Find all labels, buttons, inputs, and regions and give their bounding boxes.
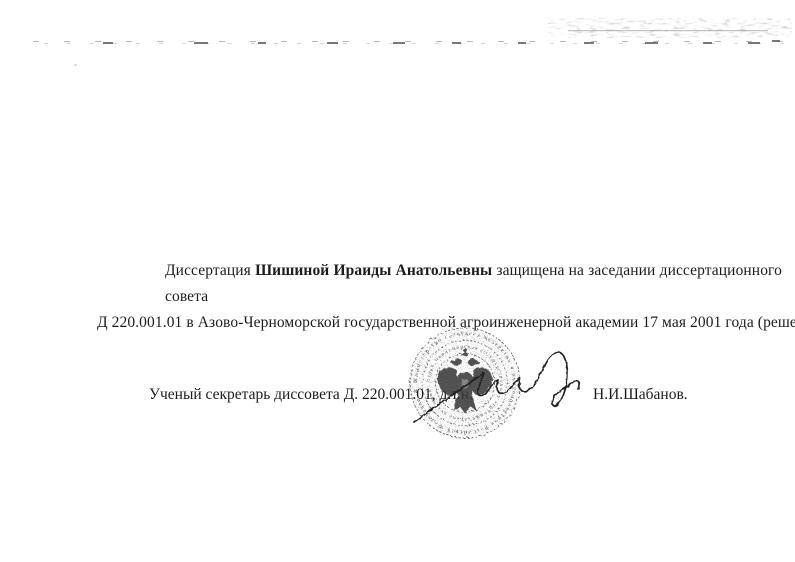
dissertation-author-name: Шишиной Ираиды Анатольевны [255,262,492,279]
dissertation-statement: Диссертация Шишиной Ираиды Анатольевны з… [97,258,782,336]
scan-artifact-dash [452,42,461,44]
scan-artifact-dash [327,42,338,44]
scan-artifact-smudge [548,14,792,42]
scan-artifact-speck [74,64,77,66]
secretary-name-text: Н.И.Шабанов. [593,386,688,404]
scan-artifact-dash [518,42,526,44]
scan-artifact-dash [393,42,405,44]
scan-artifact-dash [748,42,760,44]
scanned-page: Диссертация Шишиной Ираиды Анатольевны з… [0,0,795,562]
scan-artifact-dash [703,42,712,44]
scan-artifact-dash [645,42,658,44]
scan-artifact-dash [584,42,594,44]
statement-line-1: Диссертация Шишиной Ираиды Анатольевны з… [165,258,782,310]
signature-scrawl [400,333,605,433]
scan-artifact-dash [103,42,113,44]
scan-artifact-dash [258,42,266,44]
statement-line1-pre: Диссертация [165,262,251,279]
scan-artifact-dash [194,42,208,44]
signoff-row: Ученый секретарь диссовета Д. 220.001.01… [0,386,795,410]
